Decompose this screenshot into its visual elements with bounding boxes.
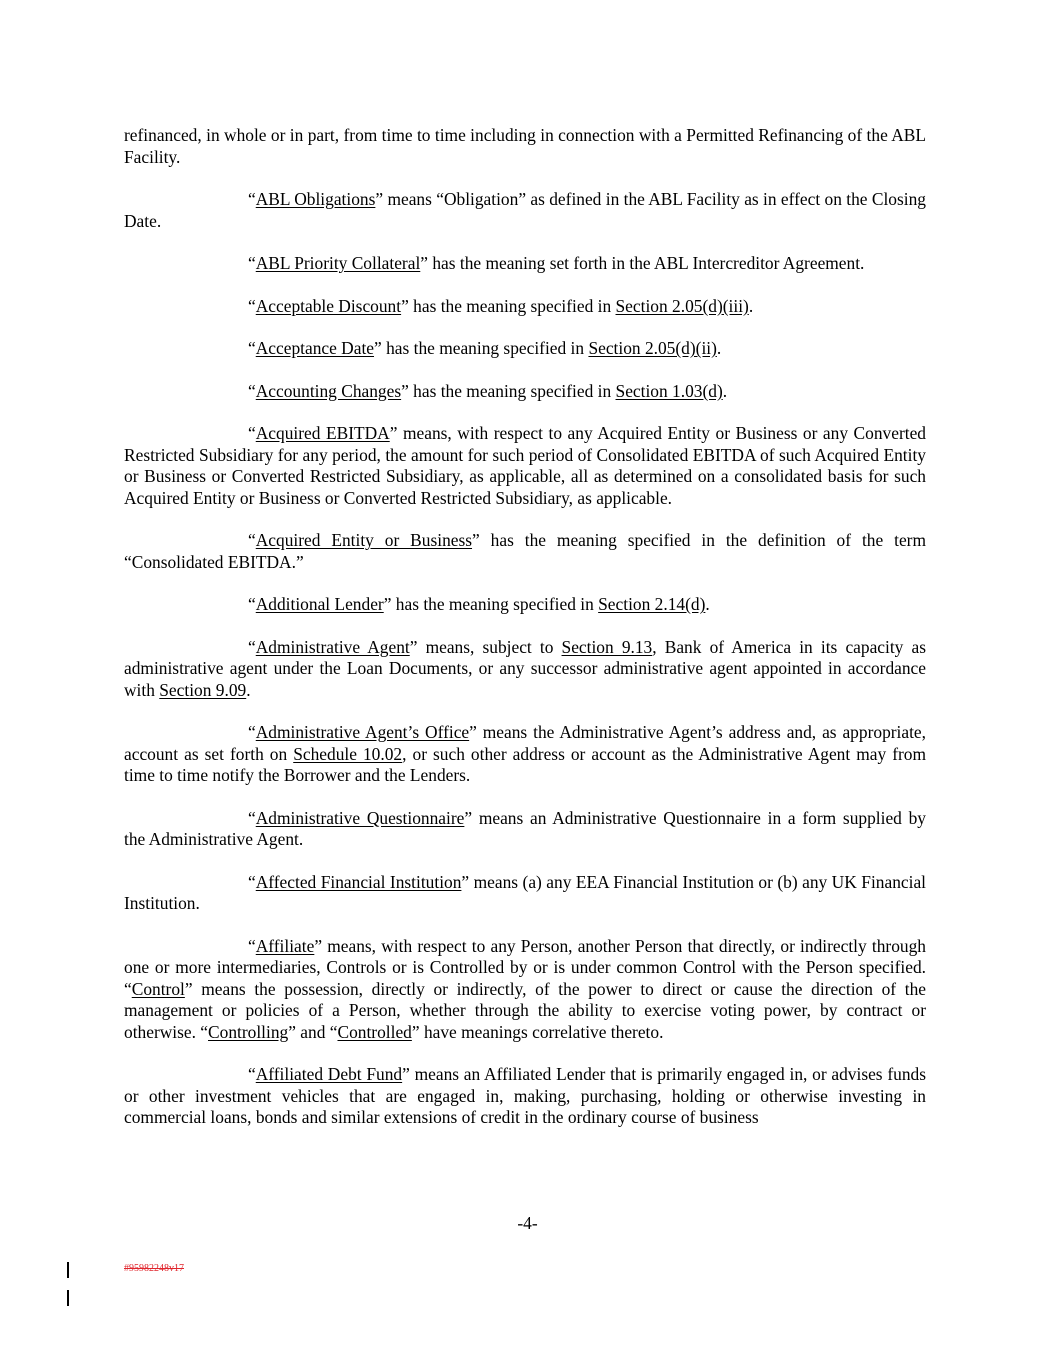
- continuation-paragraph: refinanced, in whole or in part, from ti…: [124, 125, 926, 168]
- cross-reference: Section 1.03(d): [616, 381, 723, 401]
- defined-term: ABL Priority Collateral: [256, 253, 421, 273]
- paragraph-text: “: [248, 872, 256, 892]
- defined-term: Affiliated Debt Fund: [256, 1064, 402, 1084]
- cross-reference: Section 2.14(d): [598, 594, 705, 614]
- paragraph-text: “: [248, 296, 256, 316]
- defined-term: Administrative Questionnaire: [256, 808, 465, 828]
- cross-reference: Section 9.13: [562, 637, 653, 657]
- paragraph-text: “: [248, 381, 256, 401]
- page-number: -4-: [0, 1213, 1055, 1234]
- paragraph-text: ” has the meaning specified in the defin…: [124, 530, 926, 572]
- paragraph-text: ” means, with respect to any Acquired En…: [124, 423, 926, 508]
- defined-term: Acquired Entity or Business: [256, 530, 472, 550]
- paragraph-text: ” has the meaning specified in: [401, 381, 615, 401]
- definition-paragraph: “ABL Obligations” means “Obligation” as …: [124, 189, 926, 232]
- paragraph-text: refinanced, in whole or in part, from ti…: [124, 125, 926, 167]
- document-id: #95982248v17: [124, 1263, 184, 1274]
- definition-paragraph: “Accounting Changes” has the meaning spe…: [124, 381, 926, 403]
- paragraph-text: .: [749, 296, 753, 316]
- defined-term: Acquired EBITDA: [256, 423, 390, 443]
- paragraph-text: ” means (a) any EEA Financial Institutio…: [124, 872, 926, 914]
- defined-term: Affiliate: [256, 936, 315, 956]
- defined-term: Acceptance Date: [256, 338, 374, 358]
- cross-reference: Section 2.05(d)(iii): [616, 296, 749, 316]
- defined-term: Accounting Changes: [256, 381, 401, 401]
- paragraph-text: .: [705, 594, 709, 614]
- defined-term: Administrative Agent’s Office: [256, 722, 469, 742]
- defined-term: Additional Lender: [256, 594, 384, 614]
- cross-reference: Section 9.09: [159, 680, 246, 700]
- paragraph-text: ” means an Affiliated Lender that is pri…: [124, 1064, 926, 1127]
- paragraph-text: .: [717, 338, 721, 358]
- paragraph-text: ” has the meaning set forth in the ABL I…: [420, 253, 864, 273]
- paragraph-text: ” have meanings correlative thereto.: [412, 1022, 664, 1042]
- definition-paragraph: “Acquired EBITDA” means, with respect to…: [124, 423, 926, 509]
- paragraph-text: “: [248, 722, 256, 742]
- definition-paragraph: “Administrative Questionnaire” means an …: [124, 808, 926, 851]
- paragraph-text: “: [248, 808, 256, 828]
- change-bar: [67, 1262, 69, 1278]
- defined-term: ABL Obligations: [256, 189, 376, 209]
- paragraph-text: “: [248, 530, 256, 550]
- paragraph-text: “: [248, 253, 256, 273]
- paragraph-text: “: [248, 637, 256, 657]
- document-body: refinanced, in whole or in part, from ti…: [124, 125, 926, 1150]
- paragraph-text: .: [246, 680, 250, 700]
- definition-paragraph: “Acceptance Date” has the meaning specif…: [124, 338, 926, 360]
- defined-term: Administrative Agent: [256, 637, 410, 657]
- paragraph-text: ” means “Obligation” as defined in the A…: [124, 189, 926, 231]
- paragraph-text: ” means, subject to: [410, 637, 562, 657]
- definition-paragraph: “Affiliated Debt Fund” means an Affiliat…: [124, 1064, 926, 1129]
- paragraph-text: ” means an Administrative Questionnaire …: [124, 808, 926, 850]
- defined-term: Controlled: [337, 1022, 411, 1042]
- definition-paragraph: “Affected Financial Institution” means (…: [124, 872, 926, 915]
- defined-term: Acceptable Discount: [256, 296, 401, 316]
- change-bar: [67, 1290, 69, 1306]
- paragraph-text: “: [248, 338, 256, 358]
- paragraph-text: ” has the meaning specified in: [384, 594, 598, 614]
- definition-paragraph: “ABL Priority Collateral” has the meanin…: [124, 253, 926, 275]
- cross-reference: Section 2.05(d)(ii): [588, 338, 716, 358]
- defined-term: Control: [132, 979, 185, 999]
- paragraph-text: “: [248, 936, 256, 956]
- paragraph-text: “: [248, 423, 256, 443]
- definition-paragraph: “Administrative Agent’s Office” means th…: [124, 722, 926, 787]
- defined-term: Affected Financial Institution: [256, 872, 462, 892]
- definition-paragraph: “Acquired Entity or Business” has the me…: [124, 530, 926, 573]
- paragraph-text: .: [723, 381, 727, 401]
- paragraph-text: ” and “: [288, 1022, 337, 1042]
- cross-reference: Schedule 10.02: [293, 744, 402, 764]
- definition-paragraph: “Affiliate” means, with respect to any P…: [124, 936, 926, 1044]
- paragraph-text: “: [248, 189, 256, 209]
- paragraph-text: “: [248, 1064, 256, 1084]
- definition-paragraph: “Administrative Agent” means, subject to…: [124, 637, 926, 702]
- definition-paragraph: “Additional Lender” has the meaning spec…: [124, 594, 926, 616]
- paragraph-text: ” has the meaning specified in: [401, 296, 615, 316]
- defined-term: Controlling: [208, 1022, 288, 1042]
- paragraph-text: ” has the meaning specified in: [374, 338, 588, 358]
- paragraph-text: “: [248, 594, 256, 614]
- definition-paragraph: “Acceptable Discount” has the meaning sp…: [124, 296, 926, 318]
